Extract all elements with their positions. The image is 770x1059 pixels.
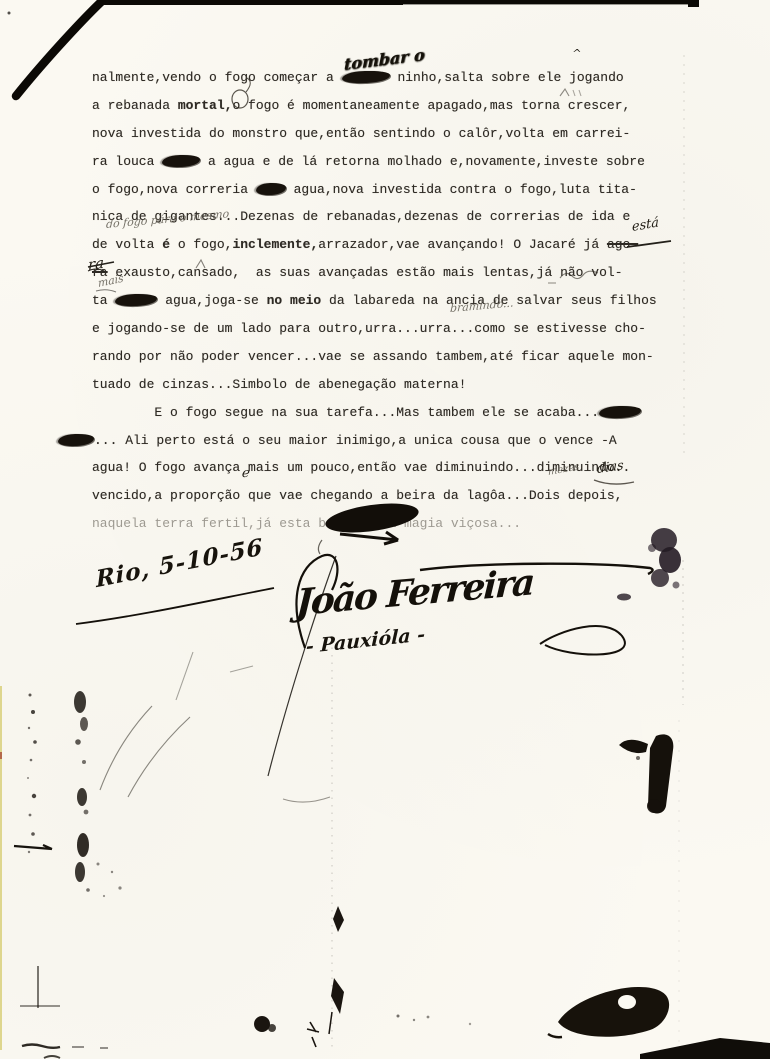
corner-pen-stroke — [16, 1, 102, 96]
right-ink-blob — [619, 734, 673, 813]
pencil-arcs — [100, 652, 330, 802]
signature-flourish — [76, 555, 653, 776]
top-edge-bar — [103, 0, 699, 7]
scanned-document-page: nalmente,vendo o fogo começar a ninho,sa… — [0, 0, 770, 1059]
ink-blob-line17 — [318, 499, 420, 554]
small-hand-marks — [196, 78, 634, 484]
bottom-right-blobs — [548, 987, 770, 1059]
left-bottom-marks — [14, 845, 108, 1058]
bottom-center-marks — [254, 906, 471, 1047]
left-speckles — [27, 691, 122, 897]
fold-lines — [332, 55, 684, 1050]
strike-marks — [88, 241, 671, 292]
scan-artifacts — [0, 0, 770, 1059]
right-edge-smudge — [617, 528, 681, 601]
